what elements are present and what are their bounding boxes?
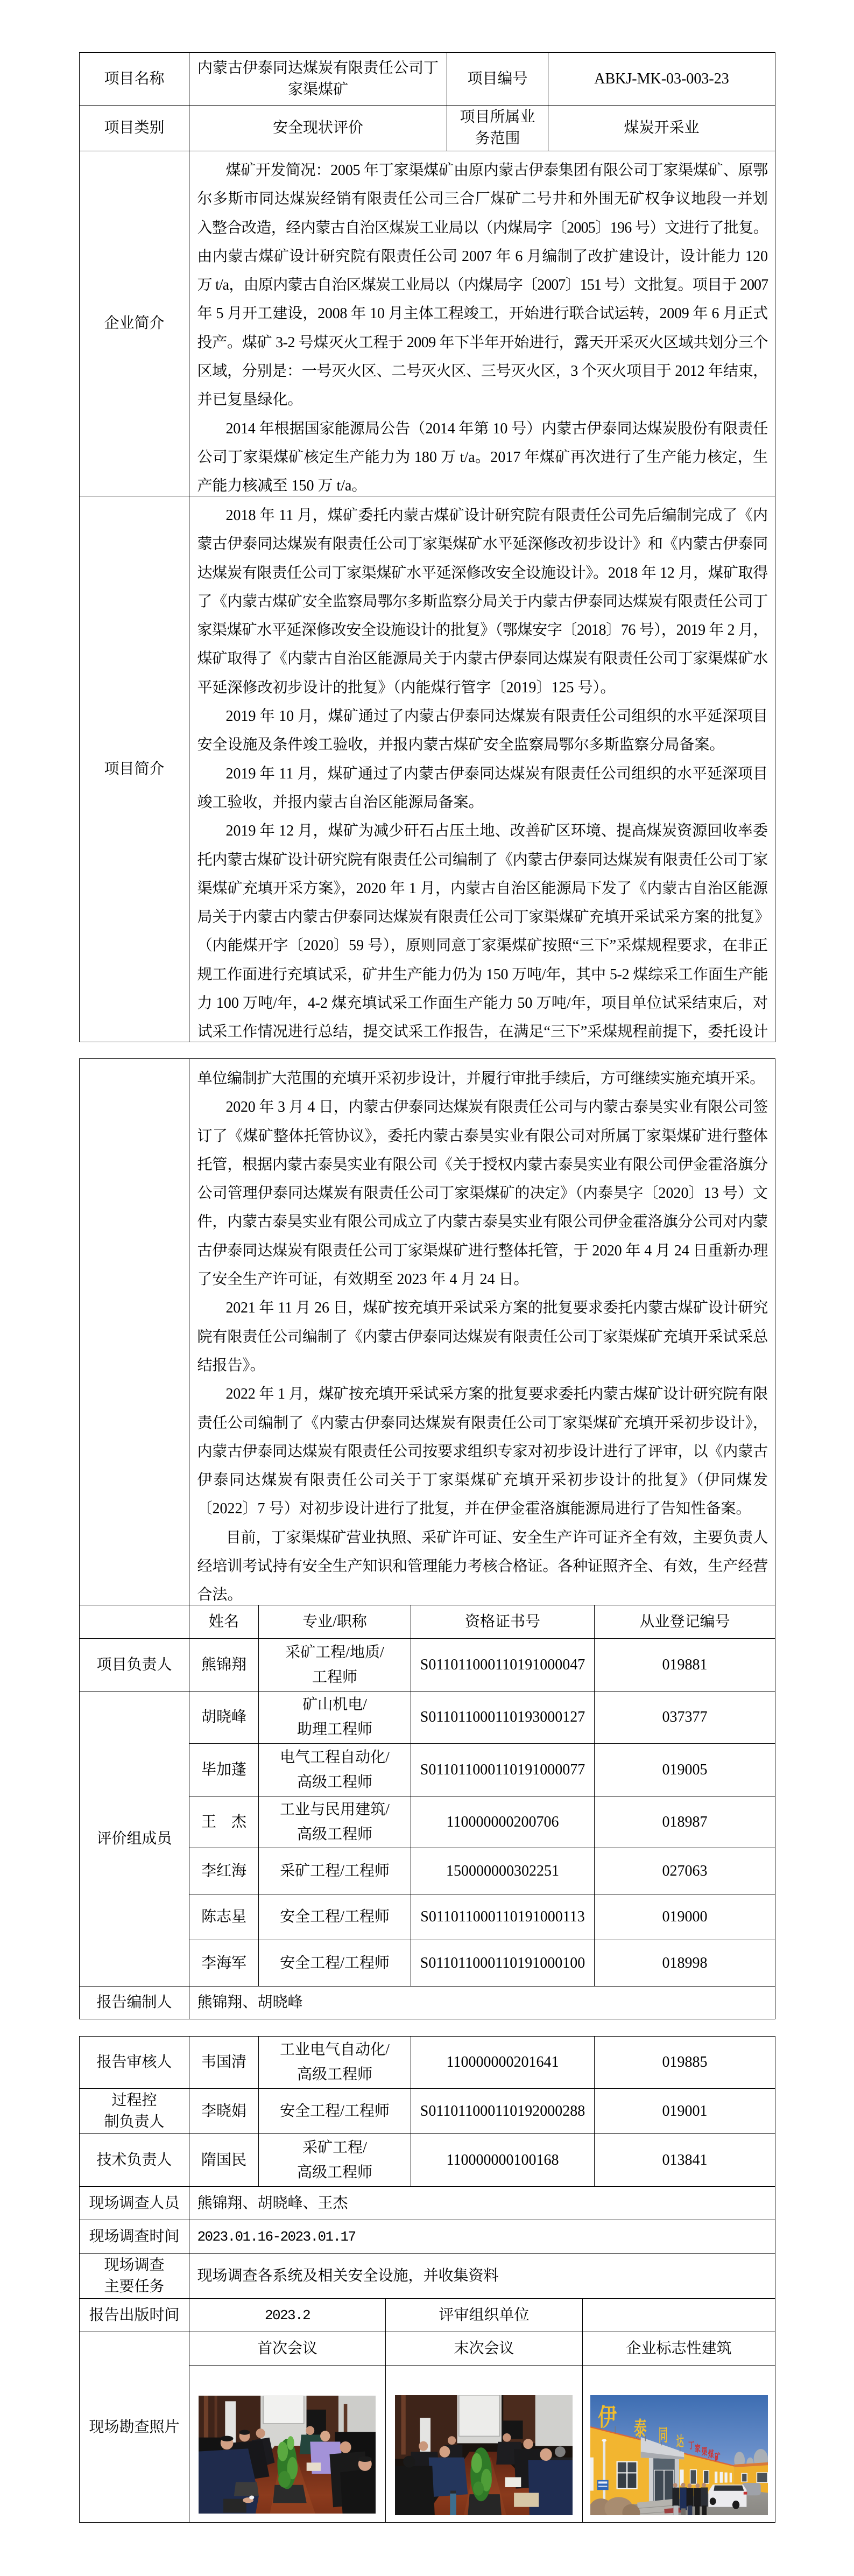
person-cert-no: S011011000110193000127 [411,1691,595,1744]
publication-date-value: 2023.2 [189,2299,386,2332]
person-reg-no: 037377 [595,1691,775,1744]
sign-char: 达 [676,2433,684,2449]
paragraph: 2022 年 1 月，煤矿按充填开采试采方案的批复要求委托内蒙古煤矿设计研究院有… [197,1380,768,1523]
paragraph: 2018 年 11 月，煤矿委托内蒙古煤矿设计研究院有限责任公司先后编制完成了《… [197,501,768,702]
business-scope-label: 项目所属业务范围 [447,106,548,151]
report-compiler-value: 熊锦翔、胡晓峰 [189,1987,775,2019]
site-photos-label: 现场勘查照片 [80,2332,189,2523]
photo-caption-final-meeting: 末次会议 [386,2332,583,2366]
column-header-cert-no: 资格证书号 [411,1605,595,1639]
review-organization-value [583,2299,775,2332]
photo-caption-landmark-building: 企业标志性建筑 [583,2332,775,2366]
paragraph-line: 年 5 月开工建设，2008 年 10 月主体工程竣工，开始进行联合试运转，20… [197,299,768,328]
paragraph-line: 安全设施及条件竣工验收，并报内蒙古煤矿安全监察局鄂尔多斯监察分局备案。 [197,731,768,759]
project-no-label: 项目编号 [447,53,548,106]
report-reviewer-label: 报告审核人 [80,2037,189,2089]
person-name: 李海军 [189,1940,259,1987]
person-major-title: 采矿工程/工程师 [259,1848,411,1894]
project-intro-label-continued [80,1059,189,1605]
survey-team-group [672,2482,708,2515]
paragraph-line: 规工作面进行充填试采，矿井生产能力仍为 150 万吨/年，其中 5-2 煤综采工… [197,960,768,989]
person-cert-no: 110000000201641 [411,2037,595,2089]
paragraph-line: 订了《煤矿整体托管协议》，委托内蒙古泰昊实业有限公司对所属丁家渠煤矿进行整体 [197,1122,768,1150]
paragraph: 2019 年 12 月，煤矿为减少矸石占压土地、改善矿区环境、提高煤炭资源回收率… [197,817,768,1046]
person-name: 王 杰 [189,1796,259,1848]
paragraph-line: 试采工作情况进行总结，提交试采工作报告，在满足“三下”采煤规程前提下，委托设计 [197,1017,768,1046]
personnel-header-blank [80,1605,189,1639]
potted-plant [470,2447,492,2501]
paragraph-line: 了安全生产许可证，有效期至 2023 年 4 月 24 日。 [197,1265,768,1294]
technical-lead-label: 技术负责人 [80,2134,189,2187]
business-scope-value: 煤炭开采业 [548,106,775,151]
person-name: 胡晓峰 [189,1691,259,1744]
sign-char: 渠 [702,2446,708,2458]
column-header-name: 姓名 [189,1605,259,1639]
report-info-table-page-1: 项目名称 内蒙古伊泰同达煤炭有限责任公司丁家渠煤矿 项目编号 ABKJ-MK-0… [79,52,775,1042]
paragraph-line: 〔2022〕7 号）对初步设计进行了批复，并在伊金霍洛旗能源局进行了告知性备案。 [197,1494,768,1523]
project-category-label: 项目类别 [80,106,189,151]
first-meeting-photo-cell [189,2366,386,2523]
paragraph: 2020 年 3 月 4 日，内蒙古伊泰同达煤炭有限责任公司与内蒙古泰昊实业有限… [197,1093,768,1294]
sign-char: 伊 [598,2404,617,2431]
person-reg-no: 019000 [595,1894,775,1940]
report-info-table-page-3: 报告审核人 韦国清 工业电气自动化/ 高级工程师 110000000201641… [79,2036,775,2523]
paragraph-line: 尔多斯市同达煤炭经销有限责任公司三合厂煤矿二号井和外围无矿权争议地段一并划 [197,185,768,213]
person-major-title: 采矿工程/地质/ 工程师 [259,1639,411,1691]
paragraph-line: 并已复垦绿化。 [197,385,768,414]
person-major-title: 电气工程自动化/ 高级工程师 [259,1744,411,1796]
person-major-title: 安全工程/工程师 [259,1940,411,1987]
paragraph-line: 经培训考试持有安全生产知识和管理能力考核合格证。各种证照齐全、有效，生产经营 [197,1552,768,1581]
paragraph: 2019 年 10 月，煤矿通过了内蒙古伊泰同达煤炭有限责任公司组织的水平延深项… [197,702,768,760]
paragraph-line: 力 100 万吨/年，4-2 煤充填试采工作面生产能力 50 万吨/年，项目单位… [197,989,768,1017]
review-organization-label: 评审组织单位 [386,2299,583,2332]
paragraph: 目前，丁家渠煤矿营业执照、采矿许可证、安全生产许可证齐全有效，主要负责人经培训考… [197,1524,768,1610]
paragraph-line: 结报告》。 [197,1351,768,1380]
paragraph-line: 件，内蒙古泰昊实业有限公司成立了内蒙古泰昊实业有限公司伊金霍洛旗分公司对内蒙 [197,1208,768,1236]
paragraph-line: 托管，根据内蒙古泰昊实业有限公司《关于授权内蒙古泰昊实业有限公司伊金霍洛旗分 [197,1150,768,1179]
survey-time-value: 2023.01.16-2023.01.17 [189,2220,775,2254]
process-control-lead-label: 过程控 制负责人 [80,2089,189,2134]
person-cert-no: S011011000110191000047 [411,1639,595,1691]
paragraph-line: 了《内蒙古煤矿安全监察局鄂尔多斯监察分局关于内蒙古伊泰同达煤炭有限责任公司丁 [197,587,768,616]
paragraph-line: 2019 年 12 月，煤矿为减少矸石占压土地、改善矿区环境、提高煤炭资源回收率… [197,817,768,845]
person-cert-no: 150000000302251 [411,1848,595,1894]
paragraph-line: 竣工验收，并报内蒙古自治区能源局备案。 [197,788,768,817]
person-cert-no: S011011000110191000077 [411,1744,595,1796]
paragraph-line: 局关于内蒙古内蒙古伊泰同达煤炭有限责任公司丁家渠煤矿充填开采试采方案的批复》 [197,903,768,931]
survey-task-label: 现场调查 主要任务 [80,2254,189,2299]
landmark-building-photo: 伊 泰 同 达 丁 家 渠 煤 矿 [590,2374,768,2515]
paragraph-line: （内能煤开字〔2020〕59 号），原则同意丁家渠煤矿按照“三下”采煤规程要求，… [197,931,768,960]
final-meeting-photo-cell [386,2366,583,2523]
project-intro-label: 项目简介 [80,496,189,1042]
paragraph-line: 2022 年 1 月，煤矿按充填开采试采方案的批复要求委托内蒙古煤矿设计研究院有… [197,1380,768,1408]
first-meeting-photo [199,2374,376,2514]
survey-staff-value: 熊锦翔、胡晓峰、王杰 [189,2187,775,2220]
person-cert-no: S011011000110191000100 [411,1940,595,1987]
paragraph-line: 2020 年 3 月 4 日，内蒙古伊泰同达煤炭有限责任公司与内蒙古泰昊实业有限… [197,1093,768,1121]
column-header-reg-no: 从业登记编号 [595,1605,775,1639]
project-no-value: ABKJ-MK-03-003-23 [548,53,775,106]
person-name: 韦国清 [189,2037,259,2089]
sign-char: 家 [695,2442,701,2454]
person-name: 隋国民 [189,2134,259,2187]
final-meeting-photo [395,2374,573,2515]
paragraph-line: 伊泰同达煤炭有限责任公司关于丁家渠煤矿充填开采初步设计的批复》（伊同煤发 [197,1466,768,1494]
person-major-title: 安全工程/工程师 [259,2089,411,2134]
person-reg-no: 019885 [595,2037,775,2089]
paragraph-line: 2019 年 11 月，煤矿通过了内蒙古伊泰同达煤炭有限责任公司组织的水平延深项… [197,760,768,788]
company-intro-text: 煤矿开发简况：2005 年丁家渠煤矿由原内蒙古伊泰集团有限公司丁家渠煤矿、原鄂尔… [189,151,775,496]
paragraph: 2019 年 11 月，煤矿通过了内蒙古伊泰同达煤炭有限责任公司组织的水平延深项… [197,760,768,817]
landmark-building-photo-cell: 伊 泰 同 达 丁 家 渠 煤 矿 [583,2366,775,2523]
sign-char: 煤 [708,2448,714,2460]
person-cert-no: 110000000200706 [411,1796,595,1848]
person-cert-no: 110000000100168 [411,2134,595,2187]
survey-task-value: 现场调查各系统及相关安全设施，并收集资料 [189,2254,775,2299]
person-reg-no: 027063 [595,1848,775,1894]
paragraph-line: 平延深修改初步设计的批复》（内能煤行管字〔2019〕125 号）。 [197,673,768,702]
sign-char: 同 [659,2426,668,2445]
survey-time-label: 现场调查时间 [80,2220,189,2254]
publication-date-label: 报告出版时间 [80,2299,189,2332]
sign-char: 丁 [688,2440,694,2451]
final-meeting-photo-image [395,2395,573,2515]
person-reg-no: 019005 [595,1744,775,1796]
paragraph-line: 托内蒙古煤矿设计研究院有限责任公司编制了《内蒙古伊泰同达煤炭有限责任公司丁家 [197,846,768,874]
column-header-major-title: 专业/职称 [259,1605,411,1639]
landmark-building-photo-image: 伊 泰 同 达 丁 家 渠 煤 矿 [590,2395,768,2515]
person-reg-no: 013841 [595,2134,775,2187]
paragraph-line: 院有限责任公司编制了《内蒙古伊泰同达煤炭有限责任公司丁家渠煤矿充填开采试采总 [197,1323,768,1351]
person-reg-no: 018987 [595,1796,775,1848]
paragraph-line: 2018 年 11 月，煤矿委托内蒙古煤矿设计研究院有限责任公司先后编制完成了《… [197,501,768,530]
paragraph-line: 公司管理伊泰同达煤炭有限责任公司丁家渠煤矿的决定》（内泰昊字〔2020〕13 号… [197,1179,768,1208]
sign-char: 矿 [715,2451,721,2463]
project-category-value: 安全现状评价 [189,106,447,151]
person-cert-no: S011011000110191000113 [411,1894,595,1940]
company-intro-label: 企业简介 [80,151,189,496]
paragraph-line: 责任公司编制了《内蒙古伊泰同达煤炭有限责任公司丁家渠煤矿充填开采初步设计》， [197,1409,768,1437]
paragraph-line: 古伊泰同达煤炭有限责任公司丁家渠煤矿进行整体托管，于 2020 年 4 月 24… [197,1237,768,1265]
paragraph: 2014 年根据国家能源局公告（2014 年第 10 号）内蒙古伊泰同达煤炭股份… [197,415,768,501]
evaluation-team-label: 评价组成员 [80,1691,189,1987]
paragraph-line: 蒙古伊泰同达煤炭有限责任公司丁家渠煤矿水平延深修改初步设计》和《内蒙古伊泰同 [197,530,768,558]
project-intro-text-part-1: 2018 年 11 月，煤矿委托内蒙古煤矿设计研究院有限责任公司先后编制完成了《… [189,496,775,1042]
paragraph-line: 家渠煤矿水平延深修改安全设施设计的批复》（鄂煤安字〔2018〕76 号），201… [197,616,768,644]
person-reg-no: 018998 [595,1940,775,1987]
project-intro-text-part-2: 单位编制扩大范围的充填开采初步设计，并履行审批手续后，方可继续实施充填开采。20… [189,1059,775,1605]
paragraph-line: 投产。煤矿 3-2 号煤灭火工程于 2009 年下半年开始进行，露天开采灭火区域… [197,328,768,357]
photo-caption-first-meeting: 首次会议 [189,2332,386,2366]
person-major-title: 工业与民用建筑/ 高级工程师 [259,1796,411,1848]
paragraph-line: 单位编制扩大范围的充填开采初步设计，并履行审批手续后，方可继续实施充填开采。 [197,1064,768,1093]
paragraph-line: 区域，分别是：一号灭火区、二号灭火区、三号灭火区，3 个灭火项目于 2012 年… [197,357,768,385]
project-name-value: 内蒙古伊泰同达煤炭有限责任公司丁家渠煤矿 [189,53,447,106]
paragraph-line: 2021 年 11 月 26 日，煤矿按充填开采试采方案的批复要求委托内蒙古煤矿… [197,1294,768,1322]
person-name: 毕加蓬 [189,1744,259,1796]
paragraph-line: 2019 年 10 月，煤矿通过了内蒙古伊泰同达煤炭有限责任公司组织的水平延深项… [197,702,768,731]
person-name: 熊锦翔 [189,1639,259,1691]
person-major-title: 工业电气自动化/ 高级工程师 [259,2037,411,2089]
report-info-table-page-2: 单位编制扩大范围的充填开采初步设计，并履行审批手续后，方可继续实施充填开采。20… [79,1058,775,2019]
project-leader-label: 项目负责人 [80,1639,189,1691]
person-reg-no: 019001 [595,2089,775,2134]
paragraph: 2021 年 11 月 26 日，煤矿按充填开采试采方案的批复要求委托内蒙古煤矿… [197,1294,768,1380]
paragraph: 煤矿开发简况：2005 年丁家渠煤矿由原内蒙古伊泰集团有限公司丁家渠煤矿、原鄂尔… [197,156,768,415]
person-name: 李红海 [189,1848,259,1894]
paragraph-line: 达煤炭有限责任公司丁家渠煤矿水平延深修改安全设施设计》。2018 年 12 月，… [197,559,768,587]
person-major-title: 安全工程/工程师 [259,1894,411,1940]
first-meeting-photo-image [199,2396,376,2514]
person-name: 陈志星 [189,1894,259,1940]
sign-char: 泰 [634,2417,647,2440]
report-compiler-label: 报告编制人 [80,1987,189,2019]
person-reg-no: 019881 [595,1639,775,1691]
project-name-label: 项目名称 [80,53,189,106]
person-major-title: 采矿工程/ 高级工程师 [259,2134,411,2187]
paragraph-line: 入整合改造，经内蒙古自治区煤炭工业局以（内煤局字〔2005〕196 号）文进行了… [197,214,768,242]
paragraph: 单位编制扩大范围的充填开采初步设计，并履行审批手续后，方可继续实施充填开采。 [197,1064,768,1093]
paragraph-line: 渠煤矿充填开采方案》，2020 年 1 月，内蒙古自治区能源局下发了《内蒙古自治… [197,874,768,903]
paragraph-line: 内蒙古伊泰同达煤炭有限责任公司按要求组织专家对初步设计进行了评审，以《内蒙古 [197,1437,768,1466]
paragraph-line: 煤矿取得了《内蒙古自治区能源局关于内蒙古伊泰同达煤炭有限责任公司丁家渠煤矿水 [197,644,768,673]
paragraph-line: 万 t/a，由原内蒙古自治区煤炭工业局以（内煤局字〔2007〕151 号）文批复… [197,271,768,299]
person-name: 李晓娟 [189,2089,259,2134]
paragraph-line: 目前，丁家渠煤矿营业执照、采矿许可证、安全生产许可证齐全有效，主要负责人 [197,1524,768,1552]
paragraph-line: 由内蒙古煤矿设计研究院有限责任公司 2007 年 6 月编制了改扩建设计，设计能… [197,242,768,271]
paragraph-line: 公司丁家渠煤矿核定生产能力为 180 万 t/a。2017 年煤矿再次进行了生产… [197,443,768,472]
paragraph-line: 2014 年根据国家能源局公告（2014 年第 10 号）内蒙古伊泰同达煤炭股份… [197,415,768,443]
survey-staff-label: 现场调查人员 [80,2187,189,2220]
paragraph-line: 煤矿开发简况：2005 年丁家渠煤矿由原内蒙古伊泰集团有限公司丁家渠煤矿、原鄂 [197,156,768,185]
person-major-title: 矿山机电/ 助理工程师 [259,1691,411,1744]
person-cert-no: S011011000110192000288 [411,2089,595,2134]
